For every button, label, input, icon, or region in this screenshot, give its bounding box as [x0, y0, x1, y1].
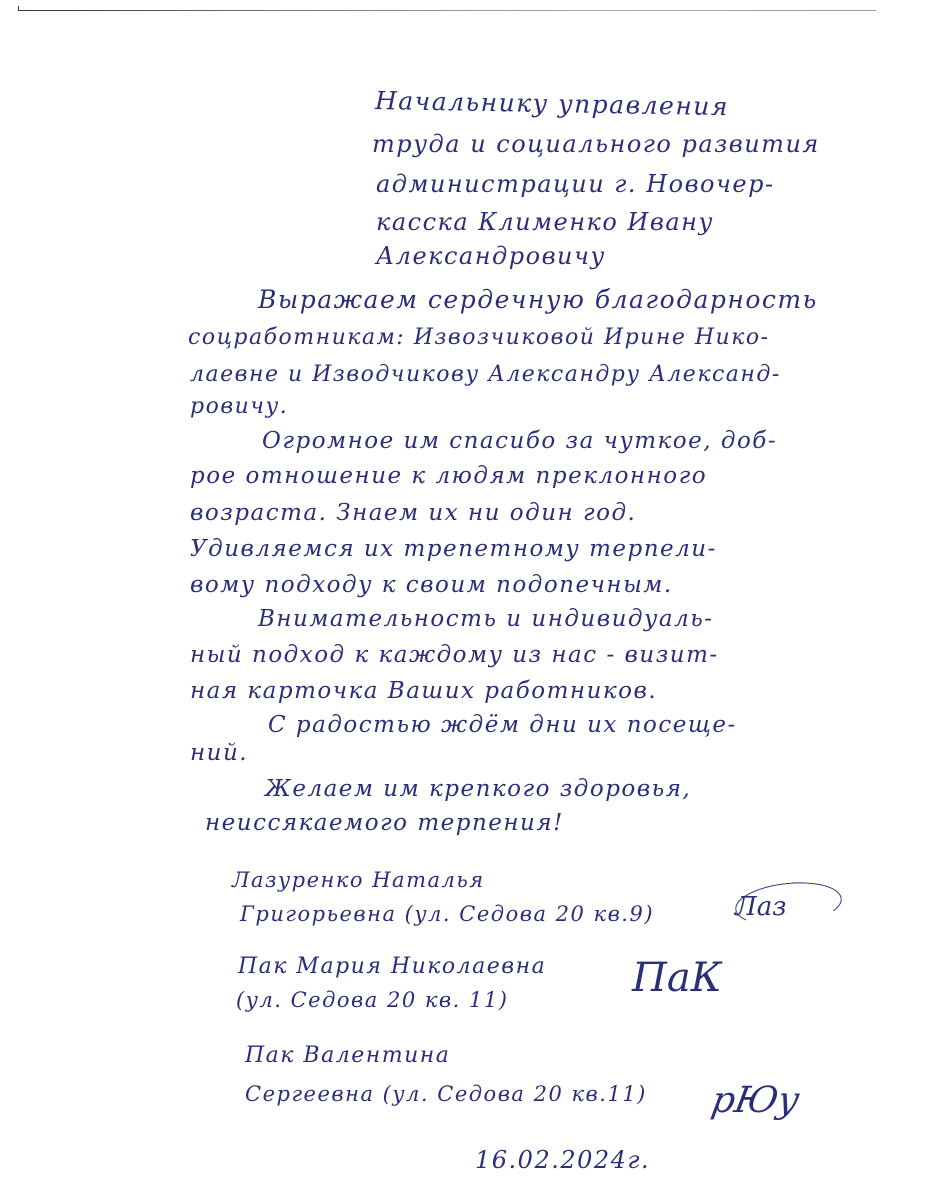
signatory-name: Лазуренко Наталья: [232, 868, 485, 892]
body-line: ная карточка Ваших работников.: [190, 678, 657, 704]
addressee-line: труда и социального развития: [372, 130, 820, 158]
signature: рЮу: [708, 1080, 802, 1121]
body-line: ровичу.: [190, 394, 288, 419]
signatory-name: Пак Валентина: [245, 1043, 450, 1068]
signatory-address: Сергеевна (ул. Седова 20 кв.11): [245, 1082, 647, 1106]
signature: ПаК: [632, 955, 722, 1001]
body-line: Огромное им спасибо за чуткое, доб-: [262, 428, 777, 454]
signatory-name: Пак Мария Николаевна: [238, 954, 546, 979]
body-line: Удивляемся их трепетному терпели-: [190, 536, 717, 562]
addressee-line: Александровичу: [376, 242, 606, 270]
body-line: Выражаем сердечную благодарность: [258, 285, 818, 314]
body-line: вому подходу к своим подопечным.: [190, 572, 673, 598]
body-line: ный подход к каждому из нас - визит-: [190, 642, 719, 668]
addressee-line: касска Клименко Ивану: [376, 208, 714, 236]
letter-date: 16.02.2024г.: [475, 1146, 650, 1174]
body-line: Желаем им крепкого здоровья,: [265, 776, 691, 802]
body-line: рое отношение к людям преклонного: [190, 463, 707, 489]
body-line: соцработникам: Извозчиковой Ирине Нико-: [188, 325, 770, 350]
signatory-address: Григорьевна (ул. Седова 20 кв.9): [240, 902, 654, 926]
addressee-line: Начальнику управления: [375, 86, 729, 121]
page-top-border-line: [18, 10, 876, 11]
body-line: Внимательность и индивидуаль-: [258, 606, 714, 632]
signature: Лаз: [735, 892, 786, 922]
addressee-line: администрации г. Новочер-: [376, 170, 775, 198]
body-line: С радостью ждём дни их посеще-: [268, 712, 737, 738]
body-line: ний.: [190, 740, 248, 766]
signatory-address: (ул. Седова 20 кв. 11): [236, 988, 508, 1012]
body-line: лаевне и Изводчикову Александру Александ…: [190, 362, 781, 387]
body-line: возраста. Знаем их ни один год.: [190, 500, 636, 526]
body-line: неиссякаемого терпения!: [205, 810, 564, 836]
